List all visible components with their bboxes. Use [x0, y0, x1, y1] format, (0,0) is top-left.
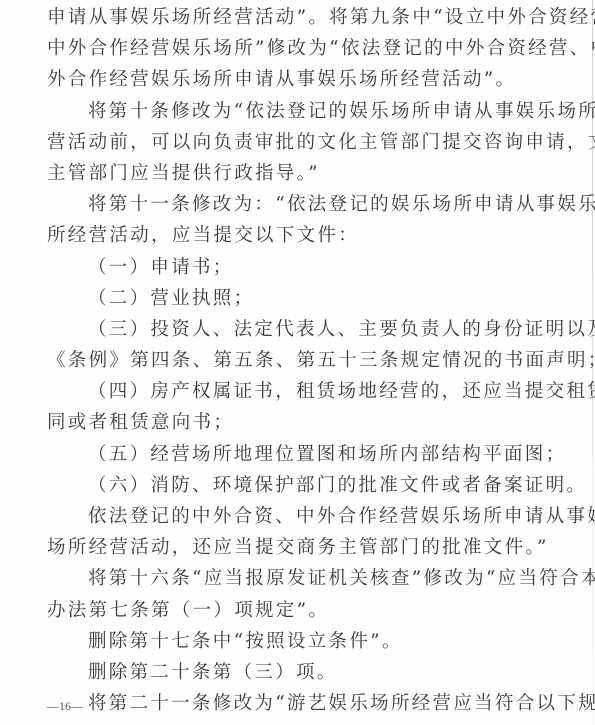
text-line-21: 删除第十七条中“按照设立条件”。	[47, 626, 517, 657]
text-line-6: 主管部门应当提供行政指导。”	[47, 158, 517, 189]
text-line-20: 办法第七条第（一）项规定”。	[47, 595, 517, 626]
list-item-1: （一）申请书；	[47, 252, 517, 283]
text-line-7: 将第十一条修改为：“依法登记的娱乐场所申请从事娱乐场	[47, 189, 517, 220]
list-item-3-cont: 《条例》第四条、第五条、第五十三条规定情况的书面声明；	[47, 345, 517, 376]
text-line-23: 将第二十一条修改为“游艺娱乐场所经营应当符合以下规	[47, 688, 517, 719]
text-line-19: 将第十六条“应当报原发证机关核查”修改为“应当符合本	[47, 563, 517, 594]
list-item-6: （六）消防、环境保护部门的批准文件或者备案证明。	[47, 470, 517, 501]
page-number: —16—	[47, 699, 83, 714]
list-item-2: （二）营业执照；	[47, 283, 517, 314]
text-line-1: 申请从事娱乐场所经营活动”。将第九条中“设立中外合资经营、	[47, 2, 517, 33]
text-line-3: 外合作经营娱乐场所申请从事娱乐场所经营活动”。	[47, 64, 517, 95]
document-body: 申请从事娱乐场所经营活动”。将第九条中“设立中外合资经营、 中外合作经营娱乐场所…	[47, 2, 517, 719]
list-item-5: （五）经营场所地理位置图和场所内部结构平面图；	[47, 439, 517, 470]
text-line-18: 场所经营活动，还应当提交商务主管部门的批准文件。”	[47, 532, 517, 563]
list-item-4: （四）房产权属证书，租赁场地经营的，还应当提交租赁合	[47, 376, 517, 407]
text-line-17: 依法登记的中外合资、中外合作经营娱乐场所申请从事娱乐	[47, 501, 517, 532]
text-line-22: 删除第二十条第（三）项。	[47, 657, 517, 688]
text-line-2: 中外合作经营娱乐场所”修改为“依法登记的中外合资经营、中	[47, 33, 517, 64]
list-item-3: （三）投资人、法定代表人、主要负责人的身份证明以及无	[47, 314, 517, 345]
text-line-8: 所经营活动，应当提交以下文件：	[47, 220, 517, 251]
list-item-4-cont: 同或者租赁意向书；	[47, 407, 517, 438]
document-page: 申请从事娱乐场所经营活动”。将第九条中“设立中外合资经营、 中外合作经营娱乐场所…	[0, 0, 595, 725]
text-line-5: 营活动前，可以向负责审批的文化主管部门提交咨询申请，文化	[47, 127, 517, 158]
text-line-4: 将第十条修改为“依法登记的娱乐场所申请从事娱乐场所经	[47, 96, 517, 127]
